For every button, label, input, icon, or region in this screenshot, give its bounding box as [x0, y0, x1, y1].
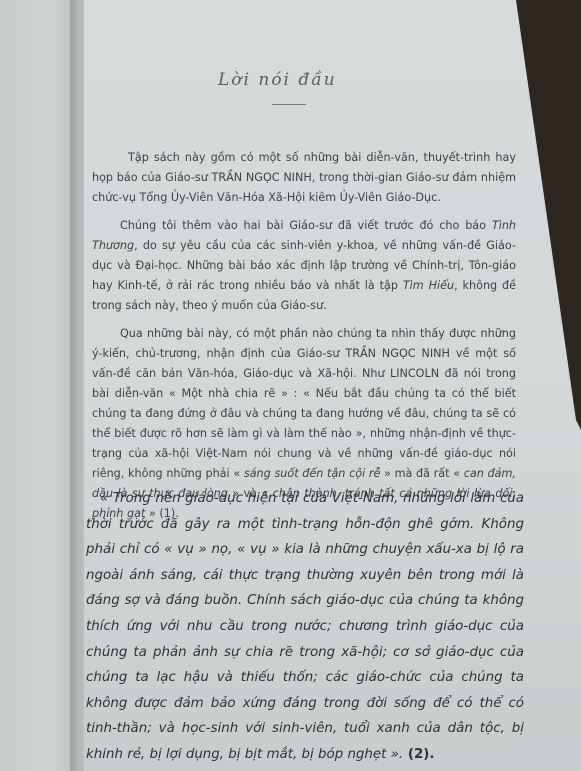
paragraph-2: Chúng tôi thêm vào hai bài Giáo-sư đã vi…: [92, 216, 516, 316]
paragraph-1: Tập sách này gồm có một số những bài diễ…: [92, 148, 516, 208]
left-page: [0, 0, 78, 771]
quoted-passage: « Trong nền giáo-dục hiện tại của Việt-N…: [86, 486, 524, 768]
preface-body: Tập sách này gồm có một số những bài diễ…: [92, 148, 516, 532]
page-heading: Lời nói đầu: [218, 70, 337, 90]
heading-divider: [272, 104, 306, 105]
quote-text: « Trong nền giáo-dục hiện tại của Việt-N…: [86, 491, 524, 762]
footnote-marker: (2).: [403, 747, 434, 762]
